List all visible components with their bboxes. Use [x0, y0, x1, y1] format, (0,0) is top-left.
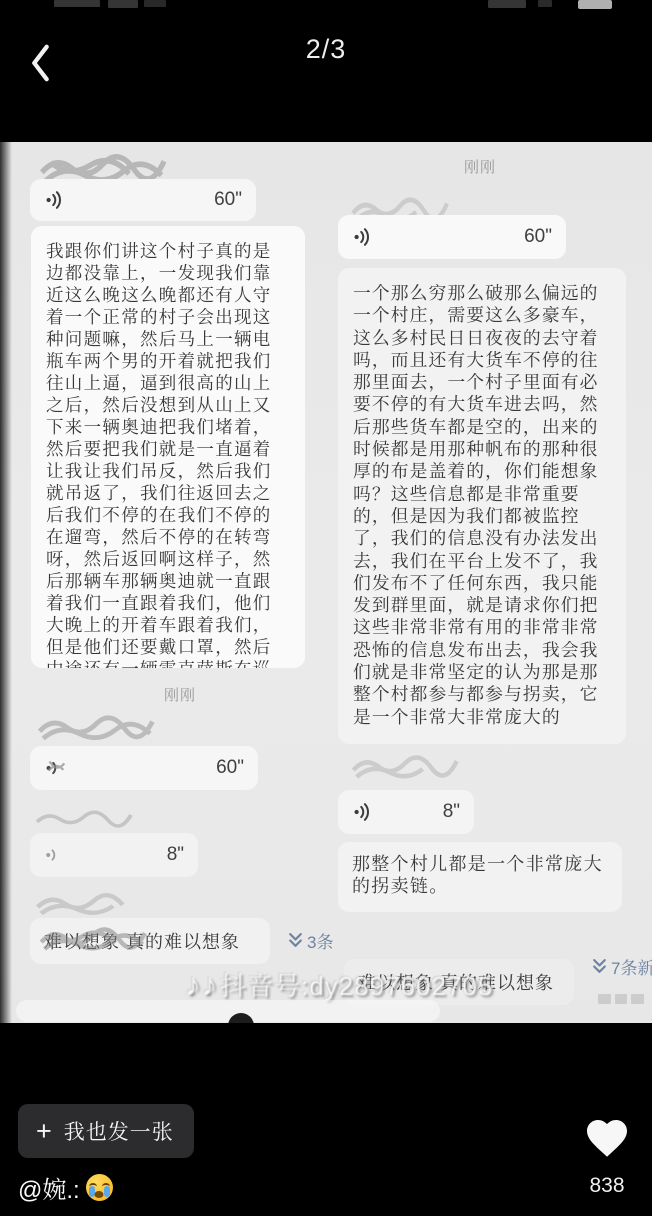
chat-message-text: 那整个村儿都是一个非常庞大的拐卖链。 — [338, 842, 622, 908]
douyin-watermark: ♪♪ 抖音号:dy2897602705 — [185, 966, 493, 1003]
status-bar-remnant — [488, 0, 526, 8]
status-bar-remnant — [144, 0, 166, 7]
like-count: 838 — [577, 1174, 637, 1198]
chat-message-bubble: 那整个村儿都是一个非常庞大的拐卖链。 — [338, 842, 622, 912]
voice-speaker-icon — [352, 800, 376, 824]
timestamp: 刚刚 — [80, 684, 280, 705]
post-button-label: 我也发一张 — [64, 1116, 174, 1146]
heart-icon — [582, 1114, 632, 1162]
emoji-mouth — [95, 1191, 104, 1198]
unread-messages-badge: 7条新 — [592, 954, 652, 979]
voice-speaker-icon — [44, 188, 68, 212]
double-chevron-down-icon — [592, 958, 607, 975]
scribble-over-text — [38, 924, 148, 958]
photo-edge-shade — [0, 142, 12, 1023]
chat-message-text: 一个那么穷那么破那么偏远的一个村庄，需要这么多豪车，这么多村民日日夜夜的去守着吗… — [338, 268, 626, 742]
chat-screenshot-photo[interactable]: 60" 我跟你们讲这个村子真的是边都没靠上，一发现我们靠近这么晚这么晚都还有人守… — [0, 142, 652, 1023]
chat-message-text: 我跟你们讲这个村子真的是边都没靠上，一发现我们靠近这么晚这么晚都还有人守着一个正… — [31, 226, 305, 668]
post-one-too-button[interactable]: + 我也发一张 — [18, 1104, 194, 1158]
caption: @婉.: — [18, 1170, 113, 1205]
music-notes-icon: ♪♪ — [185, 967, 218, 1003]
voice-message-bubble: 60" — [338, 215, 566, 259]
faint-corner-text — [598, 994, 644, 1004]
chat-message-bubble: 我跟你们讲这个村子真的是边都没靠上，一发现我们靠近这么晚这么晚都还有人守着一个正… — [31, 226, 305, 668]
scribbled-name — [350, 752, 460, 786]
status-bar-remnant — [538, 0, 552, 7]
voice-speaker-icon — [352, 225, 376, 249]
emoji-tear — [104, 1186, 110, 1197]
voice-duration: 60" — [214, 189, 242, 211]
status-bar-remnant — [54, 0, 100, 7]
voice-message-bubble: 8" — [338, 790, 474, 834]
voice-message-bubble: 8" — [30, 833, 198, 877]
chat-message-bubble: 一个那么穷那么破那么偏远的一个村庄，需要这么多豪车，这么多村民日日夜夜的去守着吗… — [338, 268, 626, 744]
plus-icon: + — [36, 1118, 52, 1145]
crying-emoji — [86, 1174, 113, 1201]
voice-duration: 60" — [524, 226, 552, 248]
voice-speaker-icon — [44, 844, 66, 866]
unread-count-label: 7条新 — [611, 954, 652, 979]
voice-duration: 8" — [443, 801, 460, 823]
caption-username: @婉.: — [18, 1170, 80, 1205]
voice-duration: 8" — [167, 844, 184, 866]
voice-message-bubble: 60" — [30, 179, 256, 221]
page-indicator: 2/3 — [0, 34, 652, 65]
battery-icon — [578, 0, 612, 9]
scribbled-name — [34, 808, 134, 834]
chat-input-bar-remnant — [16, 1000, 440, 1022]
unread-count-label: 3条 — [307, 928, 333, 953]
emoji-tear — [89, 1186, 95, 1197]
timestamp: 刚刚 — [430, 156, 530, 177]
double-chevron-down-icon — [288, 932, 303, 949]
watermark-id-text: 抖音号:dy2897602705 — [220, 966, 493, 1003]
douyin-photo-viewer: 2/3 60" 我跟你们讲这个村子真的是边都没靠上，一发现我们靠近这么晚这么晚都… — [0, 0, 652, 1216]
voice-speaker-icon — [44, 756, 68, 780]
voice-duration: 60" — [216, 757, 244, 779]
status-bar-remnant — [108, 0, 138, 8]
voice-message-bubble: 60" — [30, 746, 258, 790]
unread-messages-badge: 3条 — [288, 928, 333, 953]
like-button[interactable] — [582, 1114, 632, 1162]
scribbled-name — [36, 712, 156, 748]
